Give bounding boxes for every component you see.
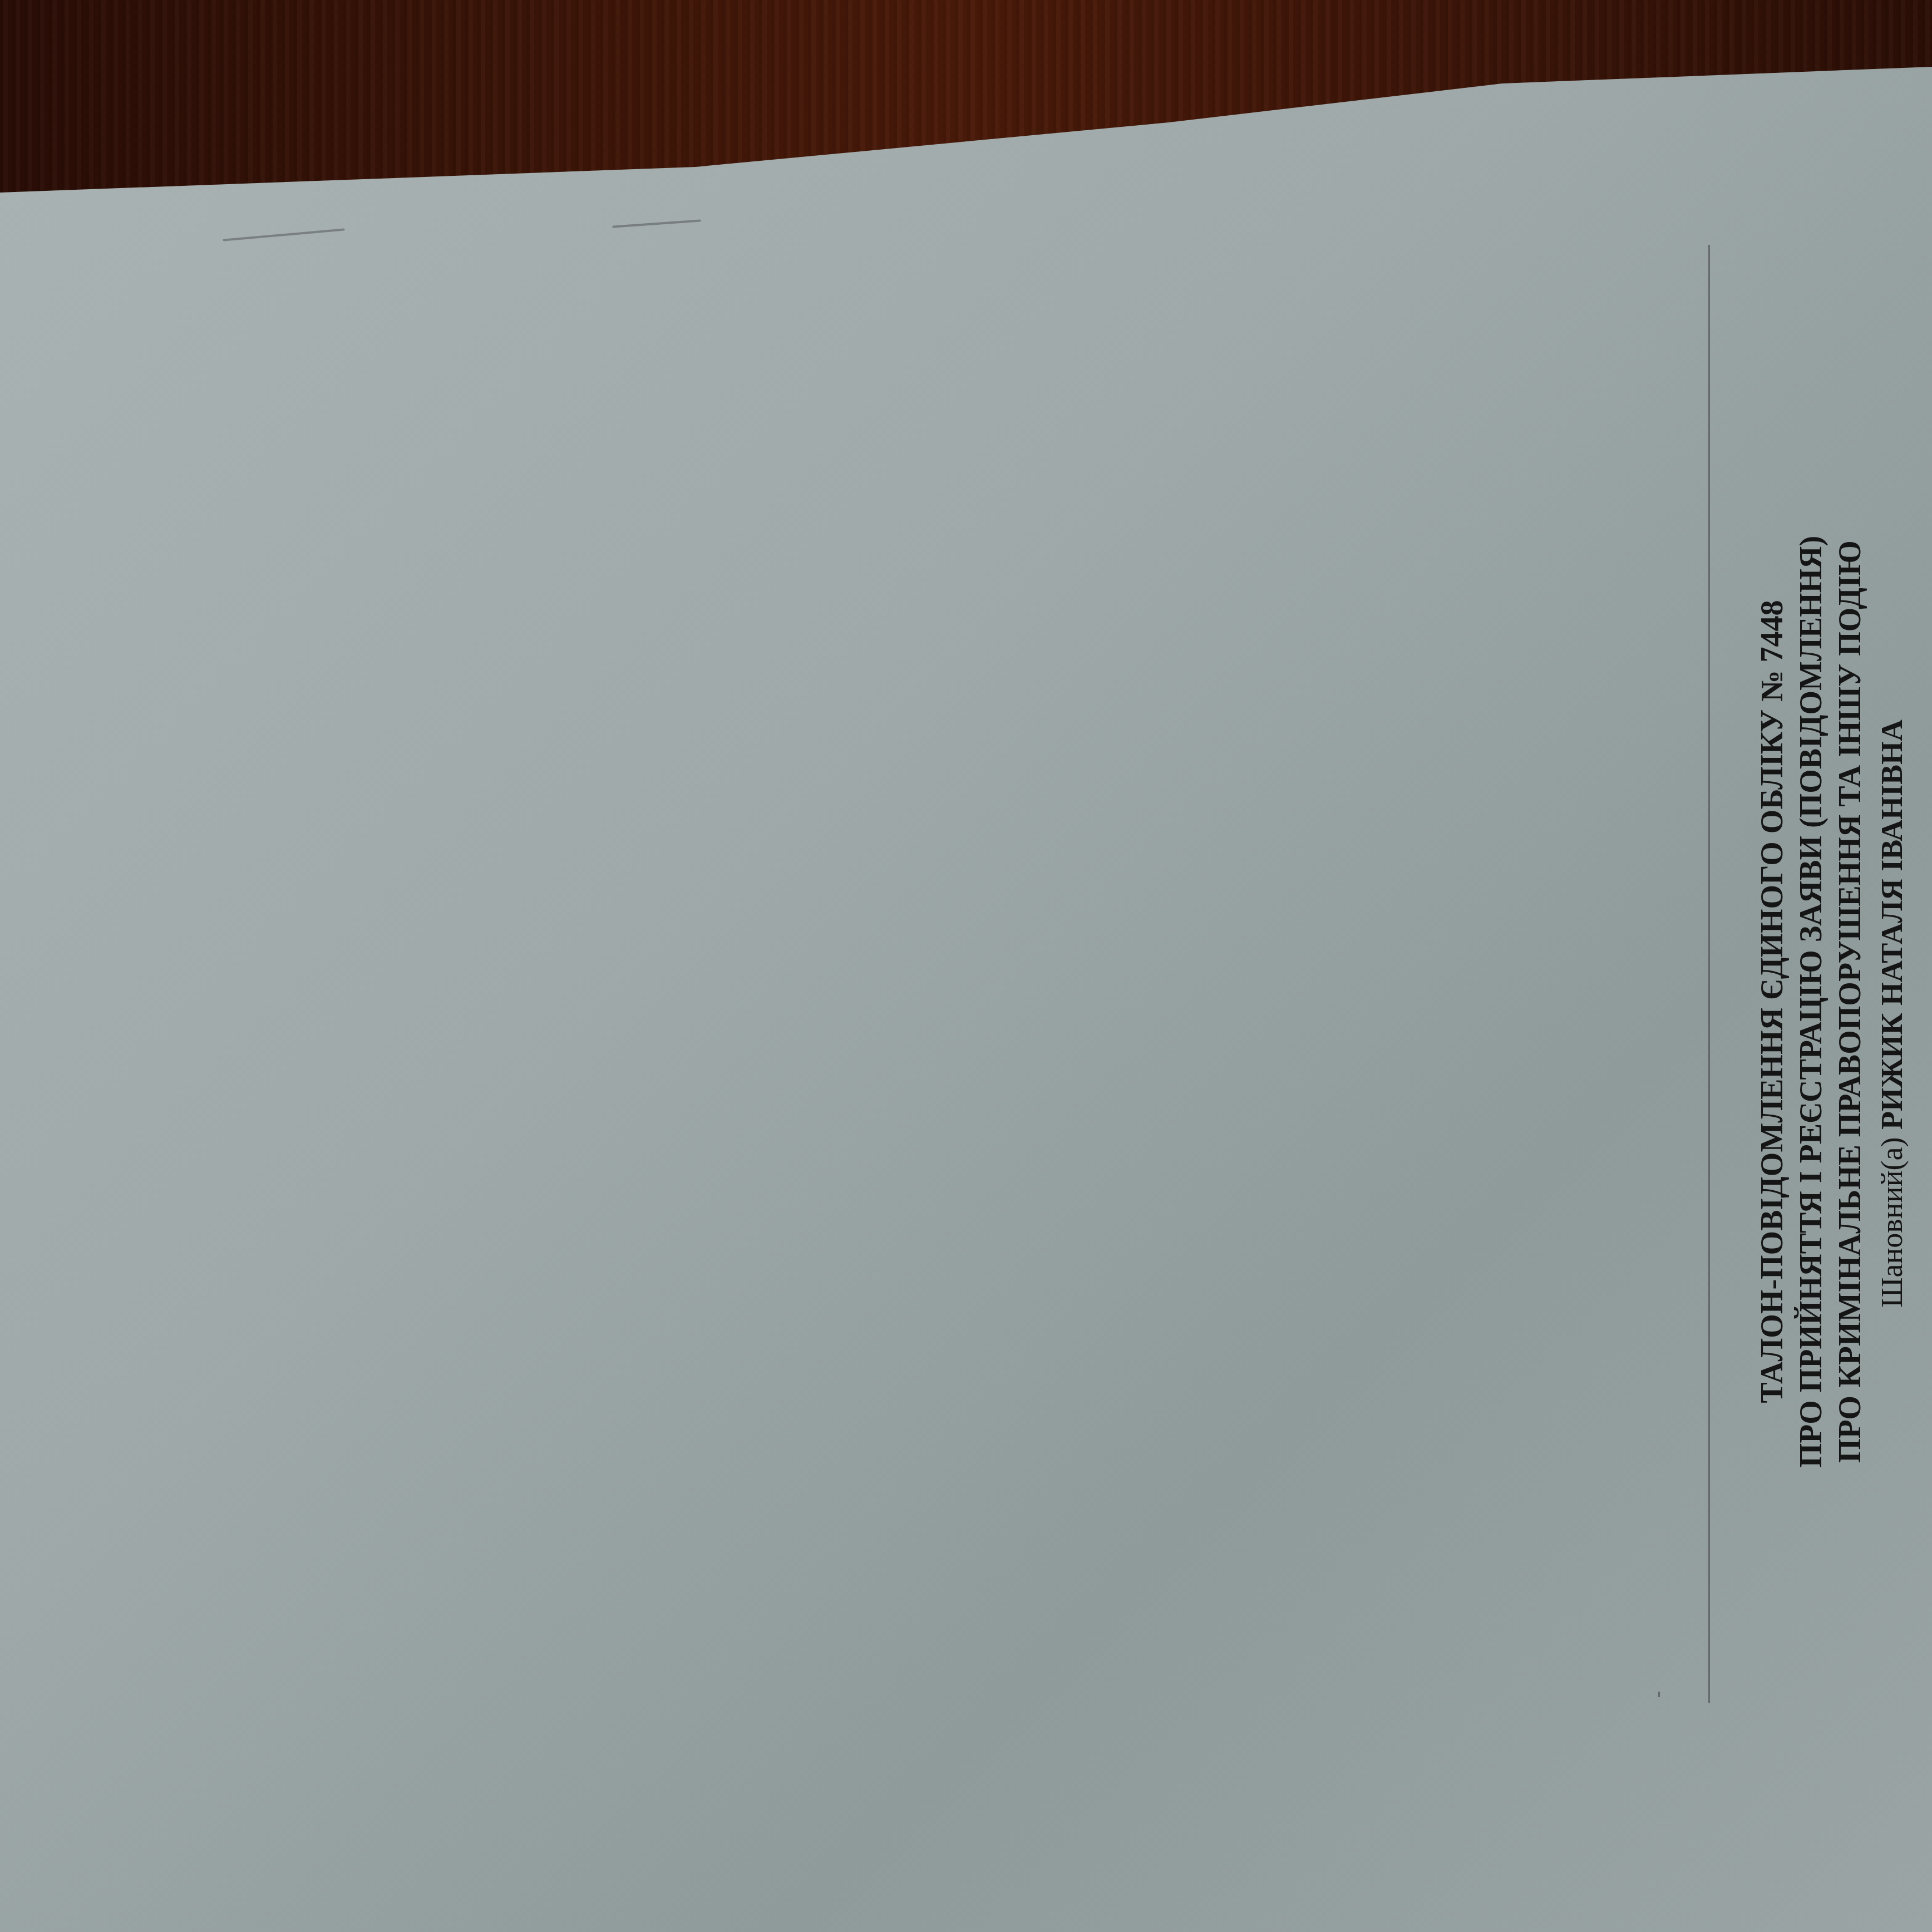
page-margin-line (1708, 245, 1710, 1703)
scan-smudge (612, 219, 701, 228)
scan-smudge (223, 228, 345, 241)
document-body: ТАЛОН-ПОВІДОМЛЕННЯ ЄДИНОГО ОБЛІКУ № 7448… (1753, 83, 1932, 1697)
applicant-name: РИЖИК НАТАЛЯ ІВАНІВНА (1875, 719, 1909, 1130)
document-title: ТАЛОН-ПОВІДОМЛЕННЯ ЄДИНОГО ОБЛІКУ № 7448… (1753, 306, 1870, 1697)
paper-sheet (0, 0, 1932, 1932)
greeting: Шановний(а) РИЖИК НАТАЛЯ ІВАНІВНА (1872, 719, 1911, 1308)
title-line: ПРО ПРИЙНЯТТЯ І РЕЄСТРАЦІЮ ЗАЯВИ (ПОВІДО… (1792, 306, 1831, 1697)
page-bottom-line (1658, 1692, 1660, 1697)
title-line: ПРО КРИМІНАЛЬНЕ ПРАВОПОРУШЕННЯ ТА ІНШУ П… (1831, 306, 1870, 1697)
title-line: ТАЛОН-ПОВІДОМЛЕННЯ ЄДИНОГО ОБЛІКУ № 7448 (1753, 306, 1792, 1697)
